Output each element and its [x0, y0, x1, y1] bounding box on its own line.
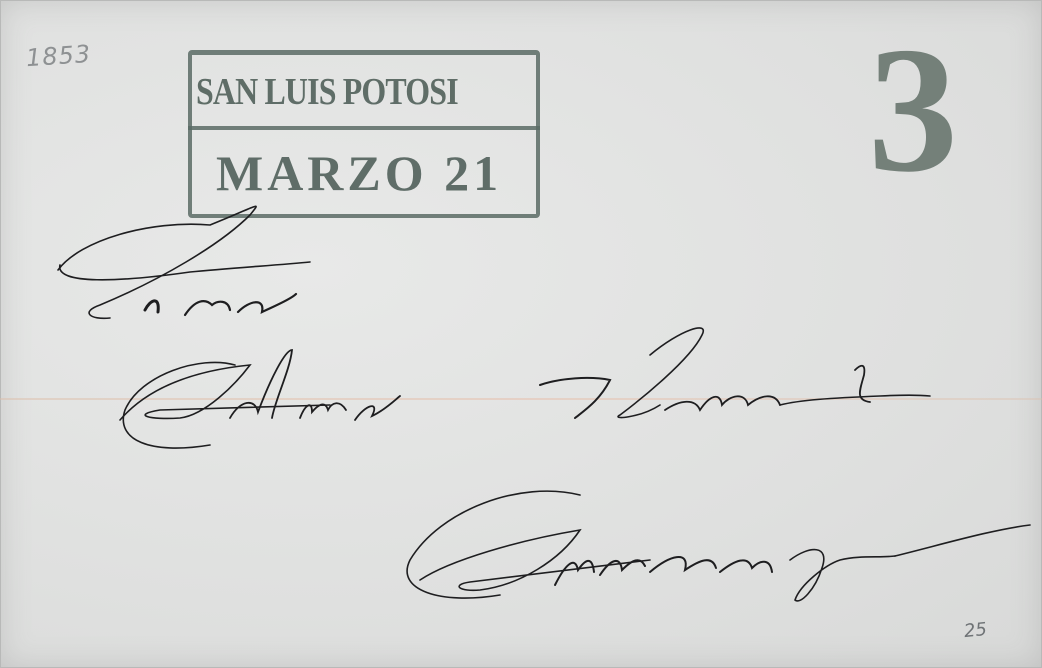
postal-cover: 1853 SAN LUIS POTOSI MARZO 21 3	[0, 0, 1042, 668]
manuscript-address-strokes	[0, 0, 1042, 668]
pencil-note-annotation: 25	[963, 619, 988, 642]
address-name: Pelius Herms	[120, 380, 127, 381]
address-salutation: Sores	[80, 270, 83, 271]
address-city: Durango	[420, 540, 424, 541]
